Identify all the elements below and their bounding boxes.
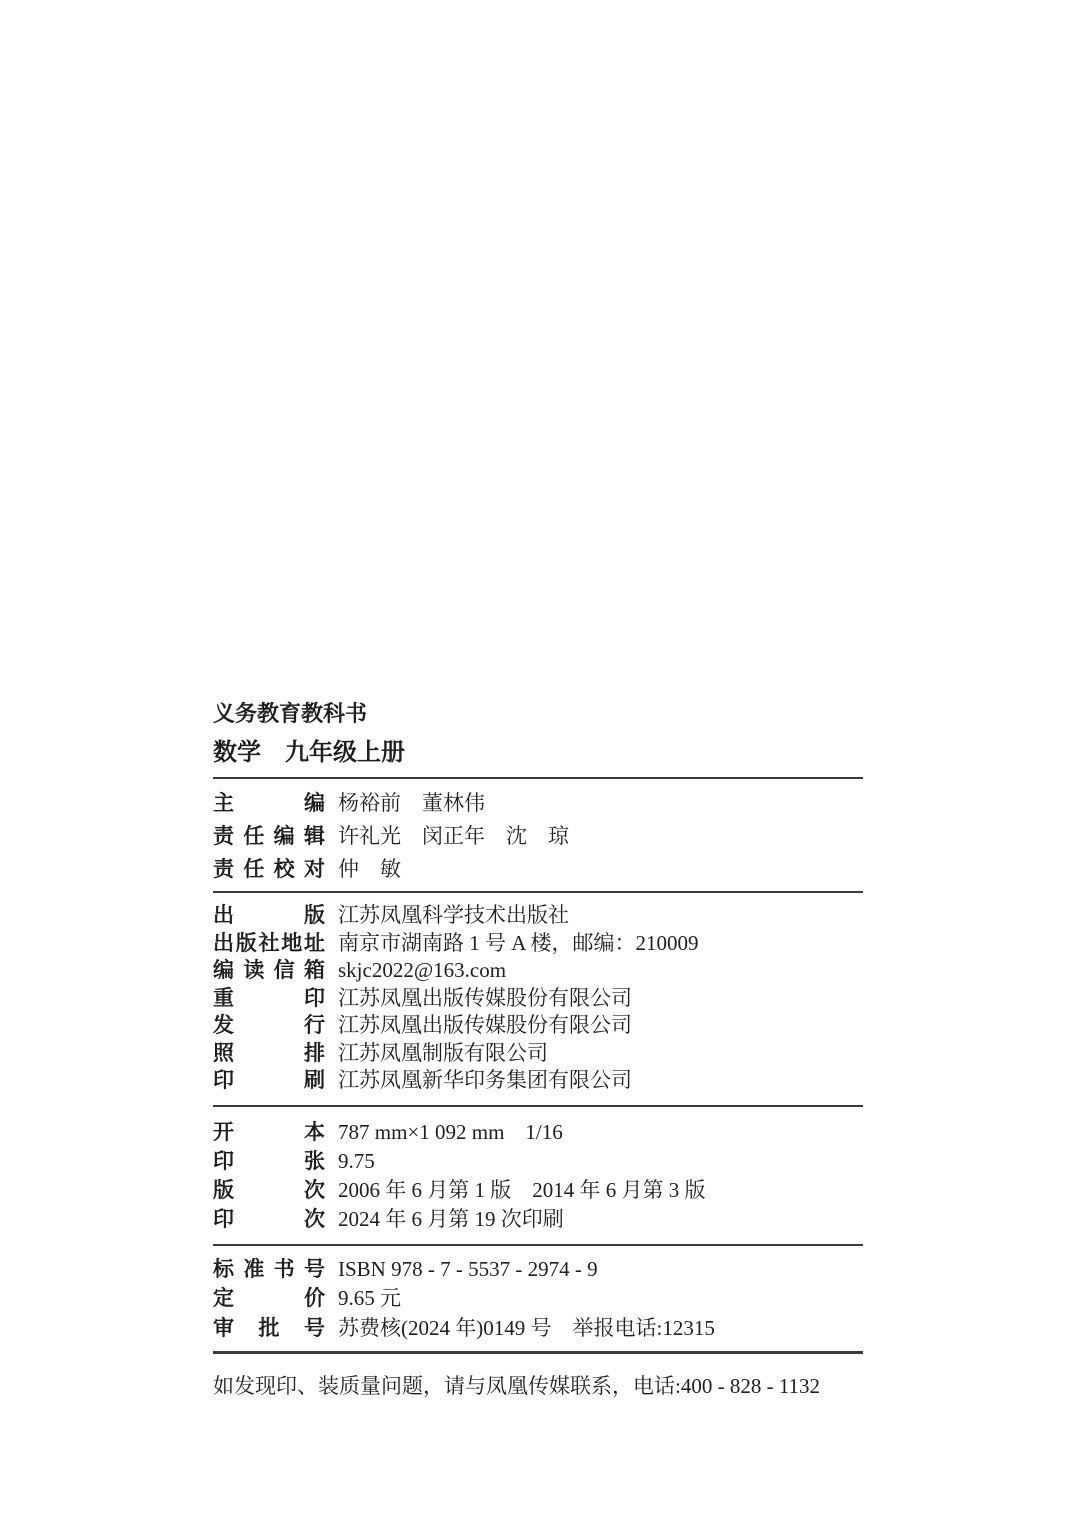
info-label: 定价 (213, 1285, 325, 1314)
printing-section: 开本 787 mm×1 092 mm 1/16 印张 9.75 版次 2006 … (213, 1107, 863, 1246)
info-row-isbn: 标准书号 ISBN 978 - 7 - 5537 - 2974 - 9 (213, 1255, 863, 1285)
quality-notice: 如发现印、装质量问题，请与凤凰传媒联系，电话:400 - 828 - 1132 (213, 1373, 863, 1400)
info-label: 审批号 (213, 1315, 325, 1344)
info-row-distributor: 发行 江苏凤凰出版传媒股份有限公司 (213, 1012, 863, 1040)
info-value: 9.65 元 (338, 1284, 401, 1313)
info-row-typesetting: 照排 江苏凤凰制版有限公司 (213, 1040, 863, 1068)
info-row-sheets: 印张 9.75 (213, 1147, 863, 1176)
info-value: 仲 敏 (338, 853, 401, 886)
info-row-reader-email: 编读信箱 skjc2022@163.com (213, 957, 863, 985)
info-label: 编读信箱 (213, 957, 325, 985)
info-value: 江苏凤凰出版传媒股份有限公司 (338, 1012, 632, 1040)
info-label: 重印 (213, 985, 325, 1013)
info-label: 发行 (213, 1012, 325, 1040)
info-label: 责任校对 (213, 853, 325, 886)
info-value: 9.75 (338, 1147, 375, 1175)
info-value: 江苏凤凰制版有限公司 (338, 1040, 548, 1068)
info-label: 出版 (213, 902, 325, 930)
info-row-price: 定价 9.65 元 (213, 1284, 863, 1314)
info-row-printer: 印刷 江苏凤凰新华印务集团有限公司 (213, 1067, 863, 1095)
info-row-approval-number: 审批号 苏费核(2024 年)0149 号 举报电话:12315 (213, 1314, 863, 1344)
info-row-proofreader: 责任校对 仲 敏 (213, 853, 863, 886)
info-row-publisher-address: 出版社地址 南京市湖南路 1 号 A 楼，邮编：210009 (213, 930, 863, 958)
colophon-page: 义务教育教科书 数学 九年级上册 主编 杨裕前 董林伟 责任编辑 许礼光 闵正年… (213, 700, 863, 1400)
info-value: skjc2022@163.com (338, 957, 506, 985)
info-row-format: 开本 787 mm×1 092 mm 1/16 (213, 1118, 863, 1147)
info-label: 印张 (213, 1148, 325, 1176)
info-value: 南京市湖南路 1 号 A 楼，邮编：210009 (338, 930, 699, 958)
info-label: 开本 (213, 1119, 325, 1147)
info-value: 江苏凤凰新华印务集团有限公司 (338, 1067, 632, 1095)
series-title: 义务教育教科书 (213, 700, 863, 728)
isbn-section: 标准书号 ISBN 978 - 7 - 5537 - 2974 - 9 定价 9… (213, 1246, 863, 1355)
info-label: 责任编辑 (213, 820, 325, 853)
info-value: 江苏凤凰出版传媒股份有限公司 (338, 985, 632, 1013)
info-row-reprint: 重印 江苏凤凰出版传媒股份有限公司 (213, 985, 863, 1013)
info-value: 许礼光 闵正年 沈 琼 (338, 820, 569, 853)
info-label: 标准书号 (213, 1256, 325, 1285)
info-value: 2006 年 6 月第 1 版 2014 年 6 月第 3 版 (338, 1176, 706, 1204)
info-label: 出版社地址 (213, 930, 325, 958)
title-block: 义务教育教科书 数学 九年级上册 (213, 700, 863, 779)
info-value: 苏费核(2024 年)0149 号 举报电话:12315 (338, 1314, 715, 1343)
info-value: 2024 年 6 月第 19 次印刷 (338, 1205, 564, 1233)
info-label: 印刷 (213, 1067, 325, 1095)
book-title: 数学 九年级上册 (213, 738, 863, 768)
info-label: 版次 (213, 1177, 325, 1205)
info-row-chief-editor: 主编 杨裕前 董林伟 (213, 787, 863, 820)
info-row-responsible-editor: 责任编辑 许礼光 闵正年 沈 琼 (213, 820, 863, 853)
info-label: 照排 (213, 1040, 325, 1068)
info-label: 主编 (213, 787, 325, 820)
info-row-impression: 印次 2024 年 6 月第 19 次印刷 (213, 1205, 863, 1234)
publishing-section: 出版 江苏凤凰科学技术出版社 出版社地址 南京市湖南路 1 号 A 楼，邮编：2… (213, 893, 863, 1107)
info-value: 787 mm×1 092 mm 1/16 (338, 1118, 563, 1146)
info-label: 印次 (213, 1206, 325, 1234)
info-row-publisher: 出版 江苏凤凰科学技术出版社 (213, 902, 863, 930)
info-value: ISBN 978 - 7 - 5537 - 2974 - 9 (338, 1255, 598, 1284)
info-row-edition: 版次 2006 年 6 月第 1 版 2014 年 6 月第 3 版 (213, 1176, 863, 1205)
info-value: 杨裕前 董林伟 (338, 787, 485, 820)
info-value: 江苏凤凰科学技术出版社 (338, 902, 569, 930)
staff-section: 主编 杨裕前 董林伟 责任编辑 许礼光 闵正年 沈 琼 责任校对 仲 敏 (213, 779, 863, 893)
